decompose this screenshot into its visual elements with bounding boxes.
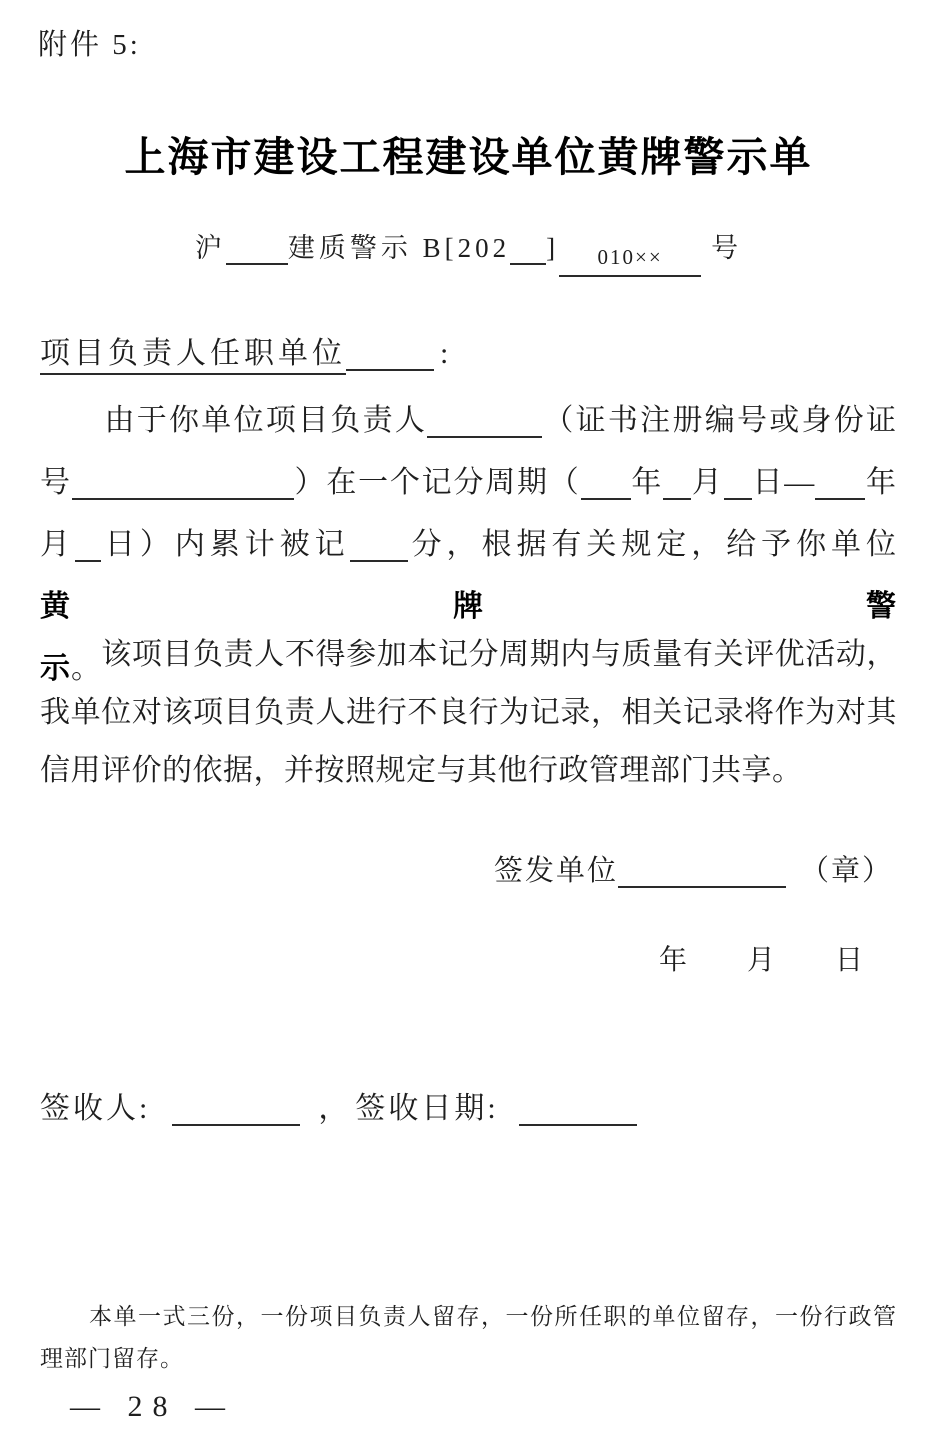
issue-date-line: 年月日 [659,938,865,978]
text-segment: 号 [711,233,742,263]
text-segment: 日）内累计被记 [101,528,350,561]
warning-notice-page: 附件 5: 上海市建设工程建设单位黄牌警示单 沪建质警示 B[202]010××… [0,0,937,1440]
text-segment: 项目负责人任职单位 [40,337,346,375]
text-segment: 由于你单位项目负责人 [40,404,427,437]
para2-line-3: 信用评价的依据，并按照规定与其他行政管理部门共享。 [40,742,897,800]
footer-note-line-2: 理部门留存。 [40,1338,897,1380]
blank-underline [72,478,294,500]
text-segment: ， [318,1092,351,1125]
blank-underline [663,478,691,500]
text-segment: 010×× [559,245,701,277]
attachment-label: 附件 5: [38,22,141,63]
text-segment: 年 [631,466,664,499]
blank-underline [724,478,752,500]
blank-underline [815,478,865,500]
text-segment: 签收人: [40,1092,150,1125]
text-segment: 签收日期: [355,1092,498,1125]
blank-underline [581,478,631,500]
page-number: — 28 — [70,1390,235,1424]
spacer [499,1117,519,1118]
text-segment: （章） [800,855,893,887]
issuer-seal-line: 签发单位（章） [494,848,893,889]
blank-underline [350,540,408,562]
text-segment: 日— [752,466,816,499]
text-segment: 签发单位 [494,855,618,887]
text-segment: 月 [40,528,75,561]
footer-note: 本单一式三份，一份项目负责人留存，一份所任职的单位留存，一份行政管 理部门留存。 [40,1296,897,1380]
footer-note-line-1: 本单一式三份，一份项目负责人留存，一份所任职的单位留存，一份行政管 [40,1296,897,1338]
text-segment: ）在一个记分周期（ [294,466,581,499]
body-paragraph-2: 该项目负责人不得参加本记分周期内与质量有关评优活动， 我单位对该项目负责人进行不… [40,626,897,800]
text-segment: 日 [835,945,865,976]
text-segment: 沪 [195,233,226,263]
para1-line-3: 月日）内累计被记分，根据有关规定，给予你单位黄牌警 [40,514,897,638]
para2-line-2: 我单位对该项目负责人进行不良行为记录，相关记录将作为对其 [40,684,897,742]
text-segment: 分，根据有关规定，给予你单位 [408,528,897,561]
text-segment: 年 [865,466,897,499]
para2-line-1: 该项目负责人不得参加本记分周期内与质量有关评优活动， [40,626,897,684]
text-segment: （证书注册编号或身份证 [542,404,897,437]
text-segment: 月 [691,466,724,499]
spacer [777,968,835,969]
blank-underline [226,243,288,265]
document-title: 上海市建设工程建设单位黄牌警示单 [0,124,937,183]
spacer [689,968,747,969]
blank-underline [510,243,546,265]
blank-underline [172,1104,300,1126]
blank-underline [346,349,434,371]
blank-underline [75,540,101,562]
addressee-line: 项目负责人任职单位: [40,328,452,372]
text-segment: : [440,337,452,370]
text-segment: 月 [747,945,777,976]
text-segment: ] [546,233,559,263]
spacer [786,879,800,880]
spacer [701,256,711,257]
para1-line-2: 号）在一个记分周期（年月日—年 [40,452,897,514]
spacer [150,1117,172,1118]
text-segment: 号 [40,466,72,499]
blank-underline [427,416,542,438]
spacer [300,1117,318,1118]
blank-underline [618,866,786,888]
blank-underline [519,1104,637,1126]
text-segment: 建质警示 B[202 [288,233,510,263]
text-segment: 黄牌警 [40,590,897,623]
text-segment: 年 [659,945,689,976]
para1-line-1: 由于你单位项目负责人（证书注册编号或身份证 [40,390,897,452]
receipt-line: 签收人:，签收日期: [40,1083,637,1127]
doc-number-line: 沪建质警示 B[202]010××号 [0,226,937,277]
